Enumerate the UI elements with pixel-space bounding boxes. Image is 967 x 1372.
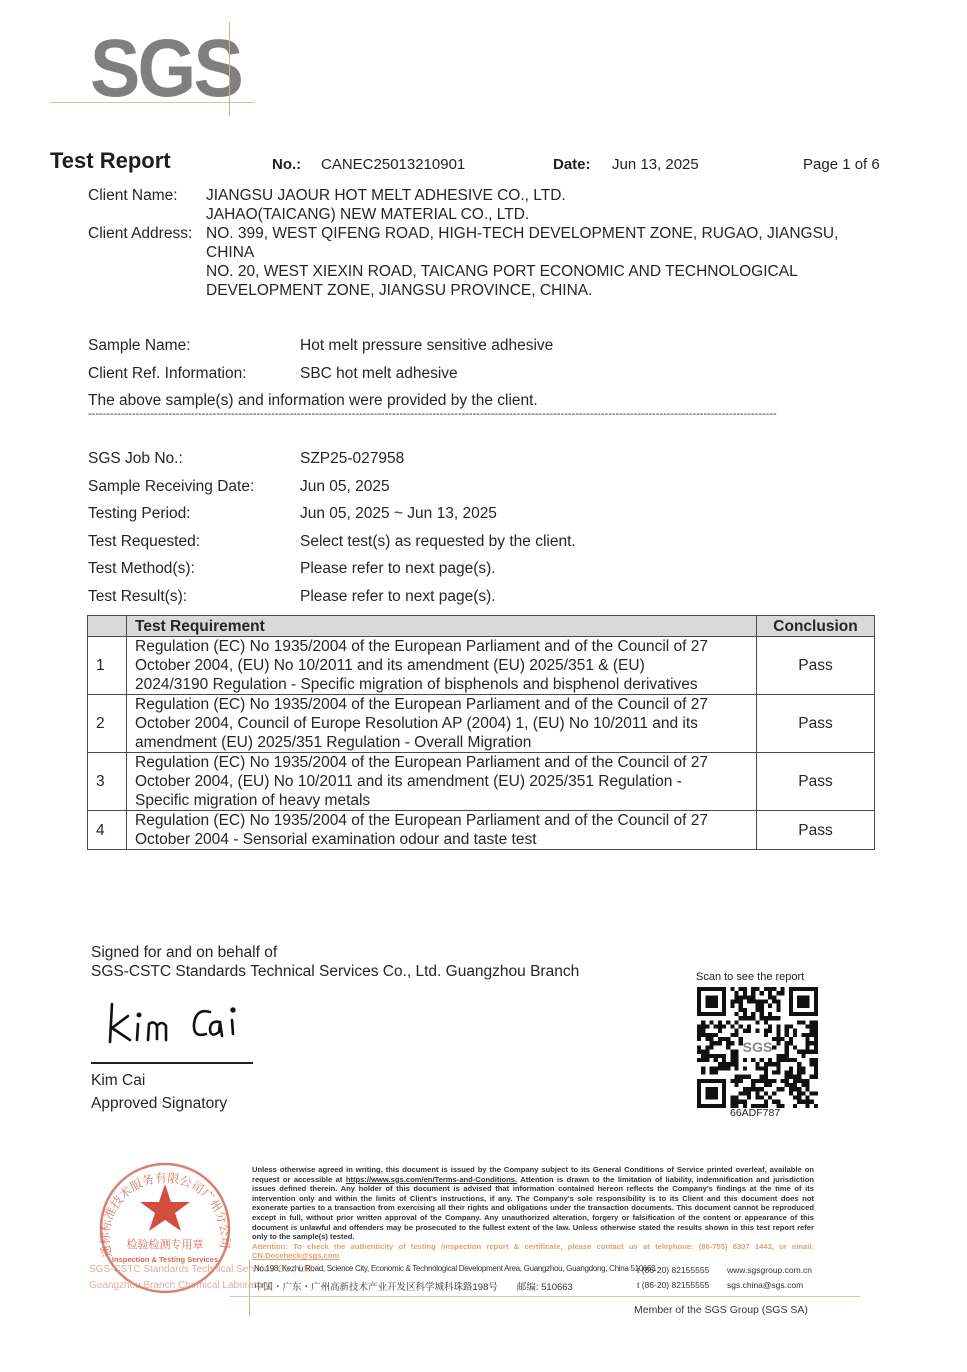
phone-1: t (86-20) 82155555 — [637, 1265, 709, 1275]
field-label: Test Method(s): — [88, 559, 300, 587]
footer-rule-vertical — [249, 1260, 250, 1316]
field-label: Sample Name: — [88, 336, 300, 364]
job-row: Test Method(s):Please refer to next page… — [88, 559, 576, 587]
email-link[interactable]: sgs.china@sgs.com — [727, 1280, 803, 1290]
row-number: 2 — [88, 695, 127, 753]
authenticity-notice: Attention: To check the authenticity of … — [252, 1242, 814, 1261]
job-row: Test Result(s):Please refer to next page… — [88, 587, 576, 615]
qr-caption: Scan to see the report — [696, 971, 804, 983]
client-address-line: CHINA — [206, 243, 888, 262]
signature-block: Signed for and on behalf of SGS-CSTC Sta… — [91, 943, 579, 981]
requirement-line: Regulation (EC) No 1935/2004 of the Euro… — [135, 637, 748, 656]
report-date-label: Date: — [553, 156, 591, 173]
table-row: 4Regulation (EC) No 1935/2004 of the Eur… — [88, 811, 875, 850]
svg-text:SGS: SGS — [743, 1040, 773, 1056]
sgs-group-membership: Member of the SGS Group (SGS SA) — [634, 1304, 808, 1316]
requirement-text: Regulation (EC) No 1935/2004 of the Euro… — [127, 637, 757, 695]
client-ref-row: Client Ref. Information: SBC hot melt ad… — [88, 364, 553, 392]
requirement-text: Regulation (EC) No 1935/2004 of the Euro… — [127, 695, 757, 753]
test-requirement-table: Test Requirement Conclusion 1Regulation … — [87, 615, 875, 850]
requirement-line: amendment (EU) 2025/351 Regulation - Ove… — [135, 733, 748, 752]
field-label: Testing Period: — [88, 504, 300, 532]
field-value: Jun 05, 2025 ~ Jun 13, 2025 — [300, 504, 497, 532]
client-address-label: Client Address: — [88, 224, 206, 300]
field-value: Jun 05, 2025 — [300, 477, 390, 505]
job-row: SGS Job No.:SZP25-027958 — [88, 449, 576, 477]
field-value: Please refer to next page(s). — [300, 559, 496, 587]
field-value: Please refer to next page(s). — [300, 587, 496, 615]
job-row: Testing Period:Jun 05, 2025 ~ Jun 13, 20… — [88, 504, 576, 532]
terms-link[interactable]: https://www.sgs.com/en/Terms-and-Conditi… — [346, 1175, 517, 1184]
client-address-line: NO. 399, WEST QIFENG ROAD, HIGH-TECH DEV… — [206, 224, 888, 243]
report-date: Jun 13, 2025 — [612, 156, 699, 173]
phone-2: t (86-20) 82155555 — [637, 1280, 709, 1290]
sgs-logo: SGS — [50, 20, 260, 116]
svg-text:检验检测专用章: 检验检测专用章 — [127, 1237, 204, 1251]
field-label: Client Ref. Information: — [88, 364, 300, 392]
dashed-divider: ----------------------------------------… — [88, 408, 854, 422]
requirement-text: Regulation (EC) No 1935/2004 of the Euro… — [127, 811, 757, 850]
field-value: Hot melt pressure sensitive adhesive — [300, 336, 553, 364]
handwritten-signature — [102, 998, 242, 1046]
requirement-line: October 2004, (EU) No 10/2011 and its am… — [135, 772, 748, 791]
conclusion-badge: Pass — [757, 637, 875, 695]
sgs-logo-text: SGS — [90, 28, 241, 110]
address-chinese: 中国・广东・广州高新技术产业开发区科学城科珠路198号 邮编: 510663 — [254, 1279, 573, 1293]
column-header-number — [88, 616, 127, 637]
logo-rule-vertical — [229, 22, 230, 116]
client-address-line: NO. 20, WEST XIEXIN ROAD, TAICANG PORT E… — [206, 262, 888, 281]
legal-disclaimer: Unless otherwise agreed in writing, this… — [252, 1165, 814, 1261]
job-row: Sample Receiving Date:Jun 05, 2025 — [88, 477, 576, 505]
requirement-line: 2024/3190 Regulation - Specific migratio… — [135, 675, 748, 694]
row-number: 4 — [88, 811, 127, 850]
signing-company: SGS-CSTC Standards Technical Services Co… — [91, 962, 579, 981]
column-header-conclusion: Conclusion — [757, 616, 875, 637]
qr-code-icon[interactable]: SGS — [697, 987, 818, 1108]
page-title: Test Report — [50, 148, 171, 174]
address-english: No.198, Kezhu Road, Science City, Econom… — [254, 1264, 655, 1273]
requirement-line: Regulation (EC) No 1935/2004 of the Euro… — [135, 753, 748, 772]
client-name-line: JAHAO(TAICANG) NEW MATERIAL CO., LTD. — [206, 205, 888, 224]
signature-line — [91, 1062, 253, 1064]
requirement-line: Specific migration of heavy metals — [135, 791, 748, 810]
field-value: Select test(s) as requested by the clien… — [300, 532, 576, 560]
field-value: SZP25-027958 — [300, 449, 404, 477]
client-address: NO. 399, WEST QIFENG ROAD, HIGH-TECH DEV… — [206, 224, 888, 300]
website-link[interactable]: www.sgsgroup.com.cn — [727, 1265, 812, 1275]
qr-verification-code: 66ADF787 — [730, 1107, 780, 1119]
row-number: 1 — [88, 637, 127, 695]
signed-on-behalf-label: Signed for and on behalf of — [91, 943, 579, 962]
requirement-line: October 2004 - Sensorial examination odo… — [135, 830, 748, 849]
signatory-name: Kim Cai — [91, 1071, 145, 1090]
logo-rule-horizontal — [50, 102, 255, 103]
conclusion-badge: Pass — [757, 811, 875, 850]
report-number-label: No.: — [272, 156, 301, 173]
requirement-line: Regulation (EC) No 1935/2004 of the Euro… — [135, 811, 748, 830]
field-label: Test Requested: — [88, 532, 300, 560]
field-label: SGS Job No.: — [88, 449, 300, 477]
requirement-text: Regulation (EC) No 1935/2004 of the Euro… — [127, 753, 757, 811]
legal-text: Attention is drawn to the limitation of … — [252, 1175, 814, 1242]
job-row: Test Requested:Select test(s) as request… — [88, 532, 576, 560]
table-header-row: Test Requirement Conclusion — [88, 616, 875, 637]
requirement-line: Regulation (EC) No 1935/2004 of the Euro… — [135, 695, 748, 714]
report-header: Test Report No.: CANEC25013210901 Date: … — [50, 148, 890, 176]
doccheck-email-link[interactable]: CN.Doccheck@sgs.com — [252, 1251, 339, 1260]
client-info: Client Name: JIANGSU JAOUR HOT MELT ADHE… — [88, 186, 888, 300]
job-info: SGS Job No.:SZP25-027958 Sample Receivin… — [88, 449, 576, 615]
field-label: Test Result(s): — [88, 587, 300, 615]
signatory-title: Approved Signatory — [91, 1094, 227, 1113]
row-number: 3 — [88, 753, 127, 811]
attention-text: Attention: To check the authenticity of … — [252, 1242, 814, 1251]
table-row: 2Regulation (EC) No 1935/2004 of the Eur… — [88, 695, 875, 753]
client-name: JIANGSU JAOUR HOT MELT ADHESIVE CO., LTD… — [206, 186, 888, 224]
column-header-requirement: Test Requirement — [127, 616, 757, 637]
report-number: CANEC25013210901 — [321, 156, 465, 173]
field-label: Sample Receiving Date: — [88, 477, 300, 505]
table-row: 3Regulation (EC) No 1935/2004 of the Eur… — [88, 753, 875, 811]
sample-name-row: Sample Name: Hot melt pressure sensitive… — [88, 336, 553, 364]
sample-info: Sample Name: Hot melt pressure sensitive… — [88, 336, 553, 391]
conclusion-badge: Pass — [757, 753, 875, 811]
requirement-line: October 2004, Council of Europe Resoluti… — [135, 714, 748, 733]
client-name-label: Client Name: — [88, 186, 206, 224]
table-row: 1Regulation (EC) No 1935/2004 of the Eur… — [88, 637, 875, 695]
page-indicator: Page 1 of 6 — [803, 156, 880, 173]
conclusion-badge: Pass — [757, 695, 875, 753]
footer-rule-horizontal — [230, 1296, 860, 1297]
requirement-line: October 2004, (EU) No 10/2011 and its am… — [135, 656, 748, 675]
client-name-line: JIANGSU JAOUR HOT MELT ADHESIVE CO., LTD… — [206, 186, 888, 205]
client-address-line: DEVELOPMENT ZONE, JIANGSU PROVINCE, CHIN… — [206, 281, 888, 300]
field-value: SBC hot melt adhesive — [300, 364, 458, 392]
